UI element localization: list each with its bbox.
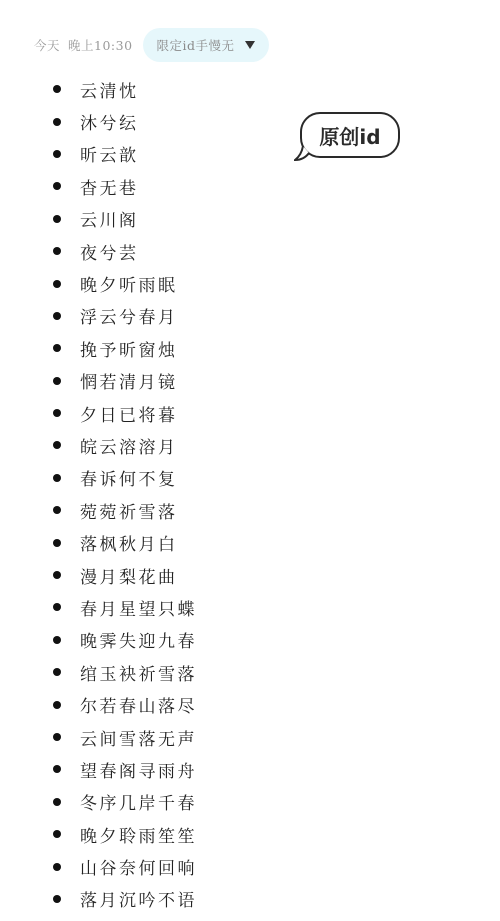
timestamp: 今天晚上10:30 — [34, 36, 133, 54]
bullet-icon — [53, 441, 61, 449]
bullet-icon — [53, 247, 61, 255]
caret-down-icon — [245, 41, 255, 49]
name-text: 春诉何不复 — [80, 465, 178, 490]
bullet-icon — [53, 668, 61, 676]
name-text: 惘若清月镜 — [80, 368, 178, 393]
name-text: 浮云兮春月 — [80, 303, 178, 328]
bullet-icon — [53, 895, 61, 903]
bullet-icon — [53, 474, 61, 482]
bullet-icon — [53, 603, 61, 611]
bullet-icon — [53, 539, 61, 547]
bullet-icon — [53, 701, 61, 709]
bullet-icon — [53, 636, 61, 644]
bullet-icon — [53, 280, 61, 288]
timestamp-time: 晚上10:30 — [68, 38, 133, 53]
bullet-icon — [53, 830, 61, 838]
name-text: 漫月梨花曲 — [80, 563, 178, 588]
name-text: 昕云歆 — [80, 141, 139, 166]
name-text: 云清忱 — [80, 77, 139, 102]
name-text: 晚夕聆雨笙笙 — [80, 822, 197, 847]
bullet-icon — [53, 118, 61, 126]
bullet-icon — [53, 312, 61, 320]
name-text: 春月星望只蝶 — [80, 595, 197, 620]
speech-bubble-badge: 原创id — [300, 112, 400, 158]
name-text: 落枫秋月白 — [80, 530, 178, 555]
speech-bubble-label: 原创id — [319, 121, 380, 150]
bullet-icon — [53, 85, 61, 93]
name-text: 沐兮纭 — [80, 109, 139, 134]
bullet-icon — [53, 506, 61, 514]
name-text: 尔若春山落尽 — [80, 692, 197, 717]
name-text: 夕日已将暮 — [80, 401, 178, 426]
name-text: 杳无巷 — [80, 174, 139, 199]
name-text: 皖云溶溶月 — [80, 433, 178, 458]
name-text: 云间雪落无声 — [80, 725, 197, 750]
bullet-icon — [53, 409, 61, 417]
name-text: 山谷奈何回响 — [80, 854, 197, 879]
name-text: 晚夕听雨眠 — [80, 271, 178, 296]
bullet-icon — [53, 733, 61, 741]
name-text: 云川阁 — [80, 206, 139, 231]
name-text: 晚霁失迎九春 — [80, 627, 197, 652]
name-text: 绾玉袂祈雪落 — [80, 660, 197, 685]
name-text: 夜兮芸 — [80, 239, 139, 264]
timestamp-day: 今天 — [34, 38, 60, 53]
bullet-icon — [53, 765, 61, 773]
bullet-icon — [53, 571, 61, 579]
post-header: 今天晚上10:30 限定id手慢无 — [34, 28, 269, 62]
name-text: 落月沉吟不语 — [80, 886, 197, 911]
name-text: 菀菀祈雪落 — [80, 498, 178, 523]
topic-tag-dropdown[interactable]: 限定id手慢无 — [143, 28, 269, 62]
bullet-icon — [53, 344, 61, 352]
name-text: 冬序几岸千春 — [80, 789, 197, 814]
bullet-icon — [53, 798, 61, 806]
bullet-icon — [53, 863, 61, 871]
bullet-icon — [53, 150, 61, 158]
bullet-icon — [53, 215, 61, 223]
speech-bubble-tail-icon — [294, 146, 310, 162]
bullet-icon — [53, 182, 61, 190]
name-text: 望春阁寻雨舟 — [80, 757, 197, 782]
bullet-icon — [53, 377, 61, 385]
topic-tag-label: 限定id手慢无 — [157, 36, 235, 54]
name-text: 挽予昕窗烛 — [80, 336, 178, 361]
